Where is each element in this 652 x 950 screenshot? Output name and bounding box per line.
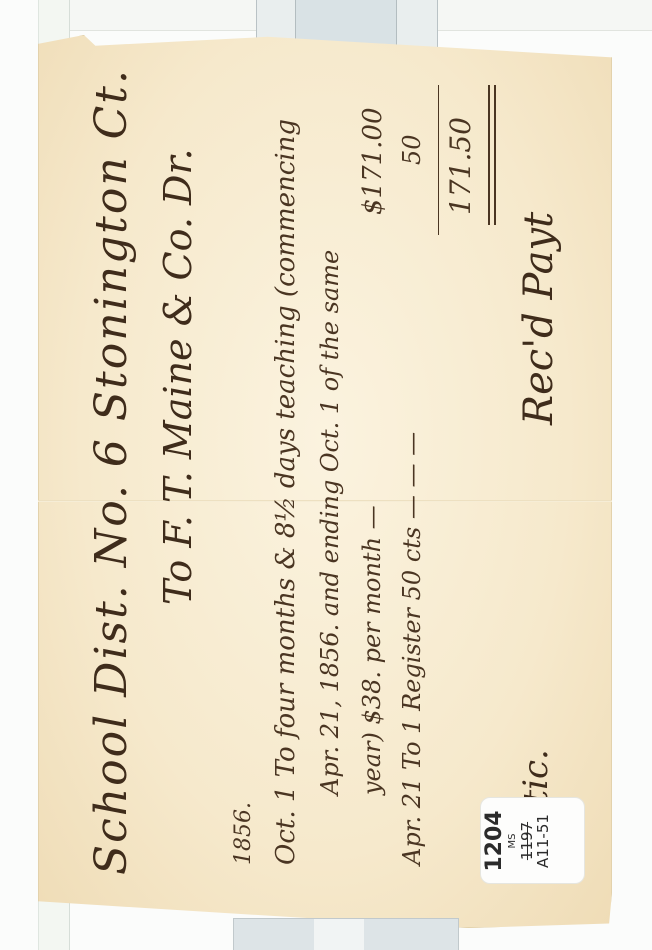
label-call-number: A11-51	[535, 798, 551, 883]
payee-line: To F. T. Maine & Co. Dr.	[156, 148, 200, 605]
archive-label: 1204 MS 1197 A11-51	[480, 797, 585, 884]
receipt-note: Rec'd Payt	[516, 212, 562, 425]
year: 1856.	[231, 802, 256, 865]
handwritten-content: School Dist. No. 6 Stonington Ct. To F. …	[46, 45, 606, 905]
document-heading: School Dist. No. 6 Stonington Ct.	[86, 68, 137, 875]
label-number: 1204	[483, 798, 507, 883]
total-double-rule	[488, 85, 496, 225]
scanner-clip-bottom	[233, 918, 459, 950]
entry-amount: 50	[398, 134, 426, 165]
total-rule	[438, 85, 439, 235]
entry-line: Apr. 21 To 1 Register 50 cts — — —	[398, 432, 426, 865]
entry-line: Oct. 1 To four months & 8½ days teaching…	[271, 119, 301, 865]
entry-amount: $171.00	[358, 107, 388, 215]
entry-line: year) $38. per month —	[358, 505, 386, 795]
label-collection: MS	[507, 798, 519, 883]
label-old-number: 1197	[519, 798, 535, 883]
total-amount: 171.50	[444, 117, 477, 215]
entry-line: Apr. 21, 1856. and ending Oct. 1 of the …	[316, 250, 344, 795]
